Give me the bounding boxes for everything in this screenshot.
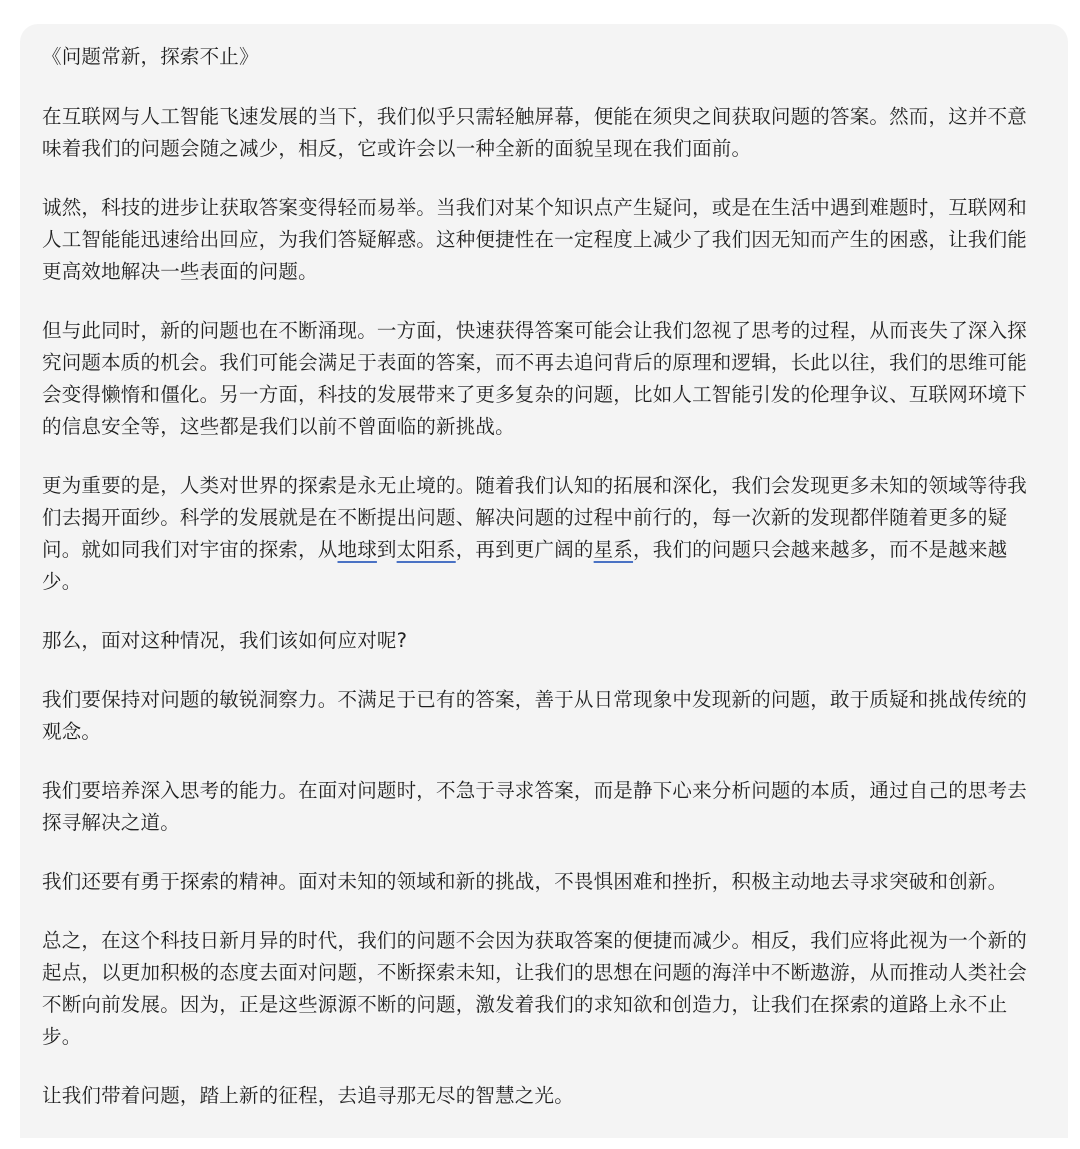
keyword-link-galaxy[interactable]: 星系 — [594, 538, 633, 561]
keyword-link-solar-system[interactable]: 太阳系 — [397, 538, 456, 561]
paragraph-closing: 让我们带着问题，踏上新的征程，去追寻那无尽的智慧之光。 — [42, 1080, 1046, 1112]
paragraph-courage: 我们还要有勇于探索的精神。面对未知的领域和新的挑战，不畏惧困难和挫折，积极主动地… — [42, 866, 1046, 898]
article-title: 《问题常新，探索不止》 — [42, 41, 1046, 73]
paragraph-new-problems: 但与此同时，新的问题也在不断涌现。一方面，快速获得答案可能会让我们忽视了思考的过… — [42, 315, 1046, 443]
paragraph-intro: 在互联网与人工智能飞速发展的当下，我们似乎只需轻触屏幕，便能在须臾之间获取问题的… — [42, 101, 1046, 165]
paragraph-exploration-text-3: ，再到更广阔的 — [456, 538, 594, 561]
paragraph-question: 那么，面对这种情况，我们该如何应对呢? — [42, 625, 1046, 657]
keyword-link-earth[interactable]: 地球 — [338, 538, 377, 561]
paragraph-insight: 我们要保持对问题的敏锐洞察力。不满足于已有的答案，善于从日常现象中发现新的问题，… — [42, 684, 1046, 748]
paragraph-exploration: 更为重要的是，人类对世界的探索是永无止境的。随着我们认知的拓展和深化，我们会发现… — [42, 470, 1046, 598]
paragraph-exploration-text-2: 到 — [377, 538, 397, 561]
paragraph-conclusion: 总之，在这个科技日新月异的时代，我们的问题不会因为获取答案的便捷而减少。相反，我… — [42, 925, 1046, 1053]
paragraph-deep-thinking: 我们要培养深入思考的能力。在面对问题时，不急于寻求答案，而是静下心来分析问题的本… — [42, 775, 1046, 839]
message-card: 《问题常新，探索不止》 在互联网与人工智能飞速发展的当下，我们似乎只需轻触屏幕，… — [20, 24, 1068, 1138]
paragraph-convenience: 诚然，科技的进步让获取答案变得轻而易举。当我们对某个知识点产生疑问，或是在生活中… — [42, 192, 1046, 288]
